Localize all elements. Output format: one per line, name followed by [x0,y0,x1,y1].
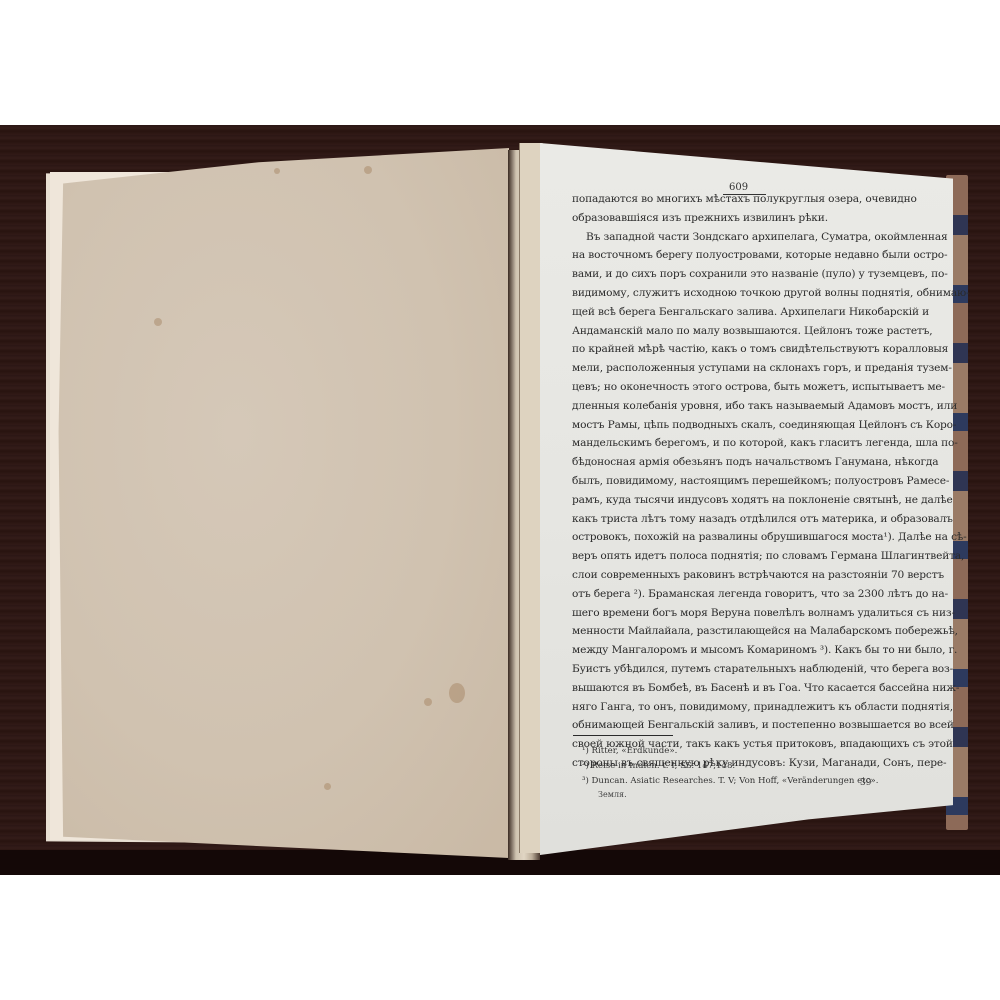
text-line: вами, и до сихъ поръ сохранили это назва… [572,265,914,284]
text-line: рамъ, куда тысячи индусовъ ходятъ на пок… [572,491,914,510]
foxing-spot [154,318,162,326]
text-line: попадаются во многихъ мѣстахъ полукруглы… [572,190,914,209]
text-line: Буистъ убѣдился, путемъ старательныхъ на… [572,660,914,679]
text-line: между Мангалоромъ и мысомъ Комариномъ ³)… [572,641,914,660]
body-text: попадаются во многихъ мѣстахъ полукруглы… [572,190,914,773]
foxing-spot [424,698,432,706]
text-line: отъ берега ²). Браманская легенда говори… [572,585,914,604]
text-line: островокъ, похожiй на развалины обрушивш… [572,528,914,547]
signature-mark: Земля. [598,790,627,799]
footnote-2: ²) Reise in Indien. t. I, SS. 147,148. [582,759,878,774]
text-line: видимому, служитъ исходною точкою другой… [572,284,914,303]
foxing-spot [364,166,372,174]
left-page-blank [54,148,509,858]
footnote-rule [573,735,673,736]
footnote-1: ¹) Ritter, «Erdkunde». [582,744,878,759]
text-line: цевъ; но оконечность этого острова, быть… [572,378,914,397]
gutter-page-edge [519,143,543,853]
text-line: няго Ганга, то онъ, повидимому, принадле… [572,698,914,717]
foxing-spot [324,783,331,790]
text-line: на восточномъ берегу полуостровами, кото… [572,246,914,265]
text-line: по крайней мѣрѣ частiю, какъ о томъ свид… [572,340,914,359]
foxing-spot [449,683,465,703]
text-line: Андаманскiй мало по малу возвышаются. Це… [572,322,914,341]
text-line: бѣдоносная армiя обезьянъ подъ начальств… [572,453,914,472]
text-line: вышаются въ Бомбеѣ, въ Басенѣ и въ Гоа. … [572,679,914,698]
foxing-spot [274,168,280,174]
text-line: веръ опять идетъ полоса поднятiя; по сло… [572,547,914,566]
text-line: мостъ Рамы, цѣпь подводныхъ скалъ, соеди… [572,416,914,435]
text-line: какъ триста лѣтъ тому назадъ отдѣлился о… [572,510,914,529]
text-line: обнимающей Бенгальскiй заливъ, и постепе… [572,716,914,735]
page-number: 39 [860,778,871,788]
text-line: слои современныхъ раковинъ встрѣчаются н… [572,566,914,585]
text-line: менности Майлайала, разстилающейся на Ма… [572,622,914,641]
text-line: мандельскимъ берегомъ, и по которой, как… [572,434,914,453]
text-line: дленныя колебанiя уровня, ибо такъ назыв… [572,397,914,416]
text-line: мели, расположенныя уступами на склонахъ… [572,359,914,378]
footnote-3: ³) Duncan. Asiatic Researches. T. V; Von… [582,774,878,789]
text-line: щей всѣ берега Бенгальскаго залива. Архи… [572,303,914,322]
footnotes: ¹) Ritter, «Erdkunde». ²) Reise in Indie… [582,744,878,789]
text-line: образовавшiяся изъ прежнихъ извилинъ рѣк… [572,209,914,228]
text-line: шего времени богъ моря Веруна повелѣлъ в… [572,604,914,623]
text-line: Въ западной части Зондскаго архипелага, … [572,228,914,247]
text-line: былъ, повидимому, настоящимъ перешейкомъ… [572,472,914,491]
